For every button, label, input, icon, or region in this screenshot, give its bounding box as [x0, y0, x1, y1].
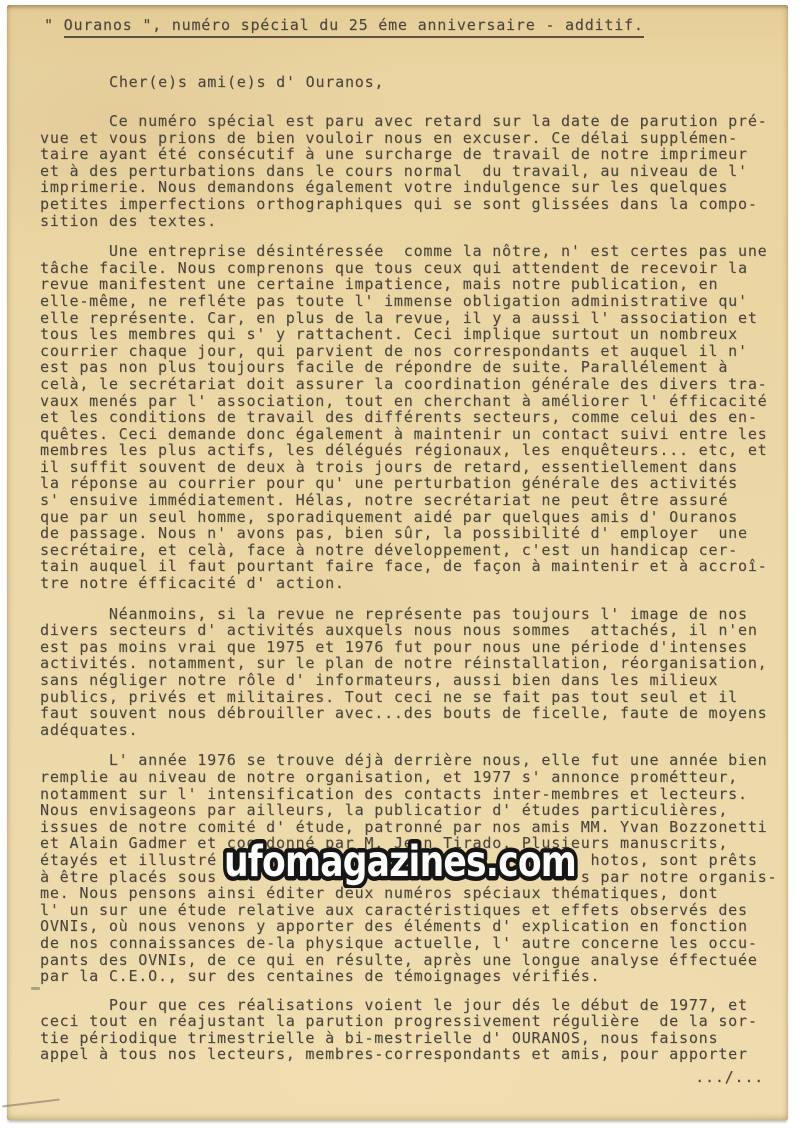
text-line: sans négliger notre rôle d' informateurs… [40, 672, 782, 689]
text-line: membres les plus actifs, les délégués ré… [40, 442, 782, 459]
text-line: divers secteurs d' activités auxquels no… [40, 622, 782, 639]
text-line: l' un sur une étude relative aux caracté… [40, 902, 782, 919]
text-line: petites imperfections orthographiques qu… [40, 196, 782, 213]
text-line: activités. notamment, sur le plan de not… [40, 655, 782, 672]
document-content: " Ouranos ", numéro spécial du 25 éme an… [40, 17, 782, 1086]
text-line: elle représente. Car, en plus de la revu… [40, 310, 782, 327]
paragraph: Néanmoins, si la revue ne représente pas… [40, 606, 782, 739]
text-line: pants des OVNIs, de ce qui en résulte, a… [40, 952, 782, 969]
ink-speck [31, 987, 40, 990]
text-line: tie périodique trimestrielle à bi-mestri… [40, 1030, 782, 1047]
text-line: tain auquel il faut pourtant faire face,… [40, 558, 782, 575]
text-line: revue manifestent une certaine impatienc… [40, 276, 782, 293]
text-line: de nos connaissances de-la physique actu… [40, 935, 782, 952]
text-line: sition des textes. [40, 213, 782, 230]
text-line: faut souvent nous débrouiller avec...des… [40, 705, 782, 722]
page-title: " Ouranos ", numéro spécial du 25 éme an… [44, 17, 782, 34]
text-line: tous les membres qui s' y rattachent. Ce… [40, 326, 782, 343]
title-underlined-text: Ouranos ", numéro spécial du 25 éme anni… [64, 16, 644, 38]
continuation-mark: .../... [40, 1069, 782, 1086]
document-body: Ce numéro spécial est paru avec retard s… [40, 113, 782, 1063]
text-line: L' année 1976 se trouve déjà derrière no… [40, 752, 782, 769]
text-line: elle-même, ne refléte pas toute l' immen… [40, 293, 782, 310]
text-line: est pas non plus toujours facile de répo… [40, 359, 782, 376]
scanned-paper: " Ouranos ", numéro spécial du 25 éme an… [7, 5, 788, 1120]
text-line: remplie au niveau de notre organisation,… [40, 769, 782, 786]
text-line: celà, le secrétariat doit assurer la coo… [40, 376, 782, 393]
text-line: à être placés sous s par notre organis- [40, 869, 782, 886]
text-line: secrétaire, et celà, face à notre dévelo… [40, 542, 782, 559]
text-line: il suffit souvent de deux à trois jours … [40, 459, 782, 476]
text-line: vue et vous prions de bien vouloir nous … [40, 130, 782, 147]
paragraph: Pour que ces réalisations voient le jour… [40, 997, 782, 1063]
text-line: tâche facile. Nous comprenons que tous c… [40, 260, 782, 277]
text-line: Néanmoins, si la revue ne représente pas… [40, 606, 782, 623]
title-open-quote: " [44, 16, 64, 34]
text-line: adéquates. [40, 722, 782, 739]
pencil-mark [2, 1098, 60, 1107]
text-line: OVNIs, où nous venons y apporter des élé… [40, 918, 782, 935]
text-line: ceci tout en réajustant la parution prog… [40, 1013, 782, 1030]
text-line: publics, privés et militaires. Tout ceci… [40, 689, 782, 706]
text-line: issues de notre comité d' étude, patronn… [40, 819, 782, 836]
text-line: par la C.E.O., sur des centaines de témo… [40, 968, 782, 985]
text-line: Pour que ces réalisations voient le jour… [40, 997, 782, 1014]
text-line: tre notre éfficacité d' action. [40, 575, 782, 592]
paragraph: L' année 1976 se trouve déjà derrière no… [40, 752, 782, 984]
text-line: notamment sur l' intensification des con… [40, 786, 782, 803]
text-line: courrier chaque jour, qui parvient de no… [40, 343, 782, 360]
text-line: quêtes. Ceci demande donc également à ma… [40, 426, 782, 443]
paragraph: Une entreprise désintéressée comme la nô… [40, 243, 782, 591]
text-line: Ce numéro spécial est paru avec retard s… [40, 113, 782, 130]
text-line: et Alain Gadmer et coordonné par M. Jean… [40, 835, 782, 852]
text-line: vaux menés par l' association, tout en c… [40, 393, 782, 410]
text-line: appel à tous nos lecteurs, membres-corre… [40, 1046, 782, 1063]
text-line: taire ayant été consécutif à une surchar… [40, 146, 782, 163]
text-line: Nous envisageons par ailleurs, la public… [40, 802, 782, 819]
salutation: Cher(e)s ami(e)s d' Ouranos, [109, 74, 782, 91]
text-line: et les conditions de travail des différe… [40, 409, 782, 426]
text-line: étayés et illustré hotos, sont prêts [40, 852, 782, 869]
text-line: la réponse au courrier pour qu' une pert… [40, 475, 782, 492]
text-line: Une entreprise désintéressée comme la nô… [40, 243, 782, 260]
text-line: est pas moins vrai que 1975 et 1976 fut … [40, 639, 782, 656]
text-line: s' ensuive immédiatement. Hélas, notre s… [40, 492, 782, 509]
text-line: de passage. Nous n' avons pas, bien sûr,… [40, 525, 782, 542]
paragraph: Ce numéro spécial est paru avec retard s… [40, 113, 782, 229]
text-line: imprimerie. Nous demandons également vot… [40, 179, 782, 196]
text-line: et à des perturbations dans le cours nor… [40, 163, 782, 180]
text-line: me. Nous pensons ainsi éditer deux numér… [40, 885, 782, 902]
text-line: que par un seul homme, sporadiquement ai… [40, 509, 782, 526]
